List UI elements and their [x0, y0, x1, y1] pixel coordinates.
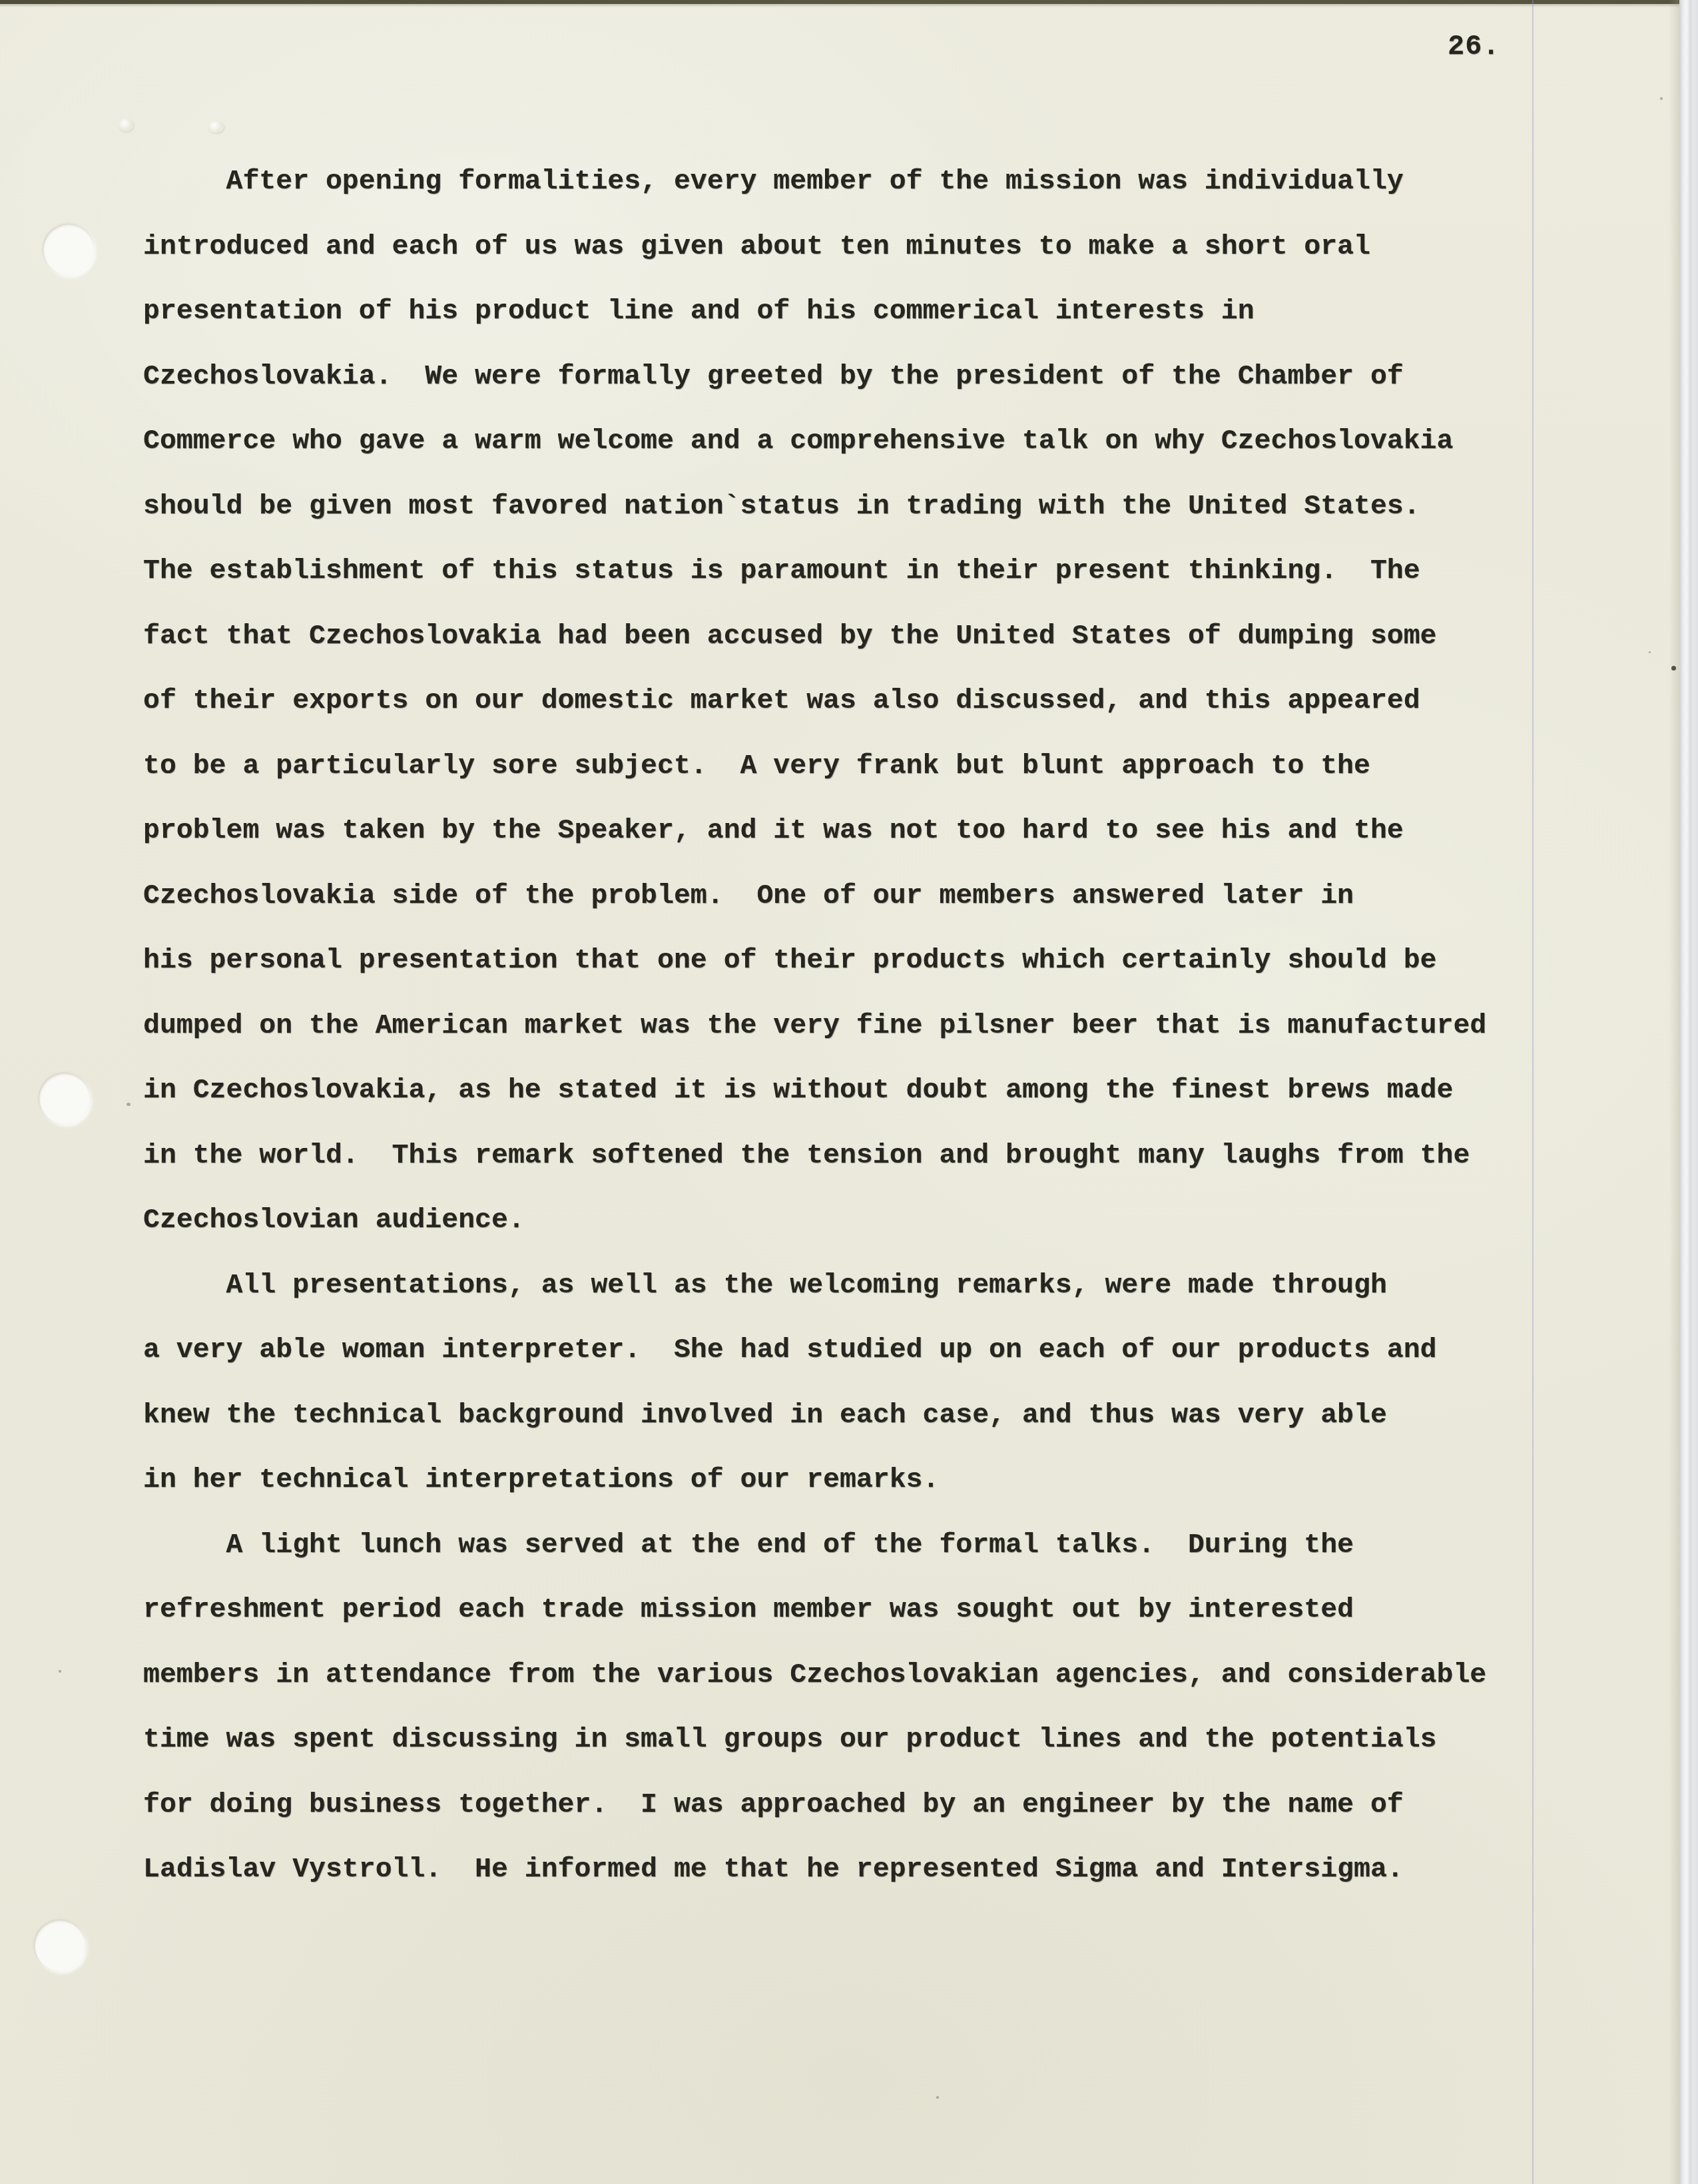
text-line: in Czechoslovakia, as he stated it is wi…	[143, 1058, 1486, 1123]
paragraph: A light lunch was served at the end of t…	[143, 1513, 1486, 1902]
page-number: 26.	[1448, 31, 1500, 63]
document-text: After opening formalities, every member …	[143, 149, 1486, 1902]
paper-crease-line	[1532, 0, 1534, 2184]
text-line: Czechoslovakia side of the problem. One …	[143, 864, 1486, 929]
text-line: refreshment period each trade mission me…	[143, 1577, 1486, 1643]
punch-hole-top	[43, 224, 94, 275]
text-line: to be a particularly sore subject. A ver…	[143, 734, 1486, 799]
paper-speck	[936, 2096, 939, 2099]
text-line: The establishment of this status is para…	[143, 539, 1486, 604]
text-line: All presentations, as well as the welcom…	[143, 1253, 1486, 1318]
paper-speck	[1649, 651, 1651, 653]
text-line: should be given most favored nation`stat…	[143, 474, 1486, 539]
paragraph: After opening formalities, every member …	[143, 149, 1486, 1253]
scan-top-edge	[0, 0, 1681, 4]
text-line: introduced and each of us was given abou…	[143, 214, 1486, 280]
paper-speck	[1660, 97, 1663, 100]
punch-hole-middle	[39, 1073, 90, 1124]
paper-speck	[59, 1670, 61, 1673]
text-line: fact that Czechoslovakia had been accuse…	[143, 604, 1486, 669]
paper-speck	[127, 1103, 131, 1106]
text-line: knew the technical background involved i…	[143, 1383, 1486, 1448]
paper-right-edge-shadow	[1669, 0, 1679, 2184]
text-line: time was spent discussing in small group…	[143, 1707, 1486, 1773]
scanned-typewritten-page: 26. After opening formalities, every mem…	[0, 0, 1698, 2184]
text-line: Ladislav Vystroll. He informed me that h…	[143, 1837, 1486, 1902]
text-line: dumped on the American market was the ve…	[143, 993, 1486, 1059]
text-line: of their exports on our domestic market …	[143, 669, 1486, 734]
paper-speck	[1671, 666, 1676, 671]
text-line: problem was taken by the Speaker, and it…	[143, 798, 1486, 864]
paper-dent	[119, 119, 133, 132]
text-line: in the world. This remark softened the t…	[143, 1123, 1486, 1189]
text-line: Czechoslovakia. We were formally greeted…	[143, 344, 1486, 409]
text-line: in her technical interpretations of our …	[143, 1448, 1486, 1513]
text-line: A light lunch was served at the end of t…	[143, 1513, 1486, 1578]
paragraph: All presentations, as well as the welcom…	[143, 1253, 1486, 1513]
paper-dent	[208, 121, 224, 133]
text-line: Czechoslovian audience.	[143, 1188, 1486, 1253]
text-line: his personal presentation that one of th…	[143, 928, 1486, 993]
text-line: After opening formalities, every member …	[143, 149, 1486, 214]
text-line: members in attendance from the various C…	[143, 1643, 1486, 1708]
text-line: for doing business together. I was appro…	[143, 1773, 1486, 1838]
scanner-background-strip	[1679, 0, 1698, 2184]
text-line: Commerce who gave a warm welcome and a c…	[143, 409, 1486, 474]
punch-hole-bottom	[35, 1920, 85, 1971]
text-line: a very able woman interpreter. She had s…	[143, 1318, 1486, 1383]
text-line: presentation of his product line and of …	[143, 279, 1486, 344]
